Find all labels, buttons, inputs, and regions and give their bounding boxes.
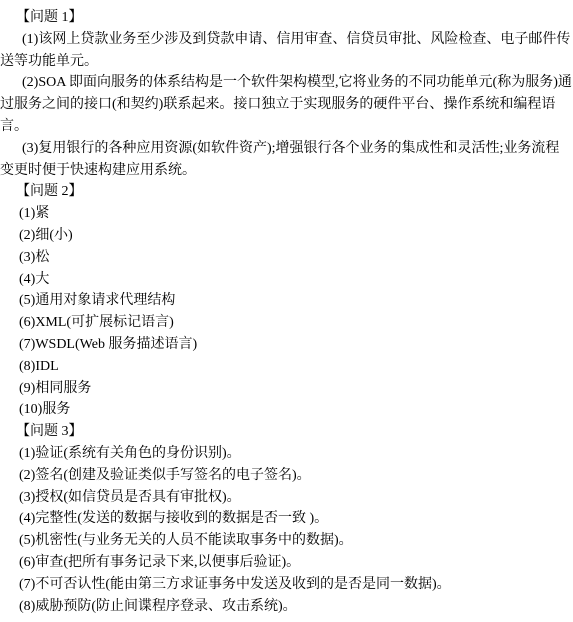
question-2-answer-4: (4)大 <box>0 269 572 291</box>
question-3-answer-8: (8)威胁预防(防止间谍程序登录、攻击系统)。 <box>0 596 572 618</box>
question-1-title: 【问题 1】 <box>0 7 572 29</box>
question-3-answer-2: (2)签名(创建及验证类似手写签名的电子签名)。 <box>0 465 572 487</box>
question-3-answer-6: (6)审查(把所有事务记录下来,以便事后验证)。 <box>0 552 572 574</box>
question-2-answer-6: (6)XML(可扩展标记语言) <box>0 312 572 334</box>
question-2-title: 【问题 2】 <box>0 181 572 203</box>
question-3-title: 【问题 3】 <box>0 421 572 443</box>
question-3-answer-4: (4)完整性(发送的数据与接收到的数据是否一致 )。 <box>0 508 572 530</box>
question-2-answer-2: (2)细(小) <box>0 225 572 247</box>
question-2-answer-9: (9)相同服务 <box>0 378 572 400</box>
answer-document: 【问题 1】 (1)该网上贷款业务至少涉及到贷款申请、信用审查、信贷员审批、风险… <box>0 0 573 617</box>
question-2-section: 【问题 2】 (1)紧 (2)细(小) (3)松 (4)大 (5)通用对象请求代… <box>0 181 572 421</box>
question-3-answer-7: (7)不可否认性(能由第三方求证事务中发送及收到的是否是同一数据)。 <box>0 574 572 596</box>
question-3-answer-3: (3)授权(如信贷员是否具有审批权)。 <box>0 487 572 509</box>
question-3-section: 【问题 3】 (1)验证(系统有关角色的身份识别)。 (2)签名(创建及验证类似… <box>0 421 572 617</box>
question-1-answer-2: (2)SOA 即面向服务的体系结构是一个软件架构模型,它将业务的不同功能单元(称… <box>0 72 572 137</box>
question-1-section: 【问题 1】 (1)该网上贷款业务至少涉及到贷款申请、信用审查、信贷员审批、风险… <box>0 7 572 181</box>
question-2-answer-8: (8)IDL <box>0 356 572 378</box>
question-1-answer-3: (3)复用银行的各种应用资源(如软件资产);增强银行各个业务的集成性和灵活性;业… <box>0 138 572 182</box>
question-2-answer-5: (5)通用对象请求代理结构 <box>0 290 572 312</box>
question-3-answer-1: (1)验证(系统有关角色的身份识别)。 <box>0 443 572 465</box>
question-2-answer-7: (7)WSDL(Web 服务描述语言) <box>0 334 572 356</box>
question-2-answer-10: (10)服务 <box>0 399 572 421</box>
question-1-answer-1: (1)该网上贷款业务至少涉及到贷款申请、信用审查、信贷员审批、风险检查、电子邮件… <box>0 29 572 73</box>
question-2-answer-3: (3)松 <box>0 247 572 269</box>
question-2-answer-1: (1)紧 <box>0 203 572 225</box>
question-3-answer-5: (5)机密性(与业务无关的人员不能读取事务中的数据)。 <box>0 530 572 552</box>
